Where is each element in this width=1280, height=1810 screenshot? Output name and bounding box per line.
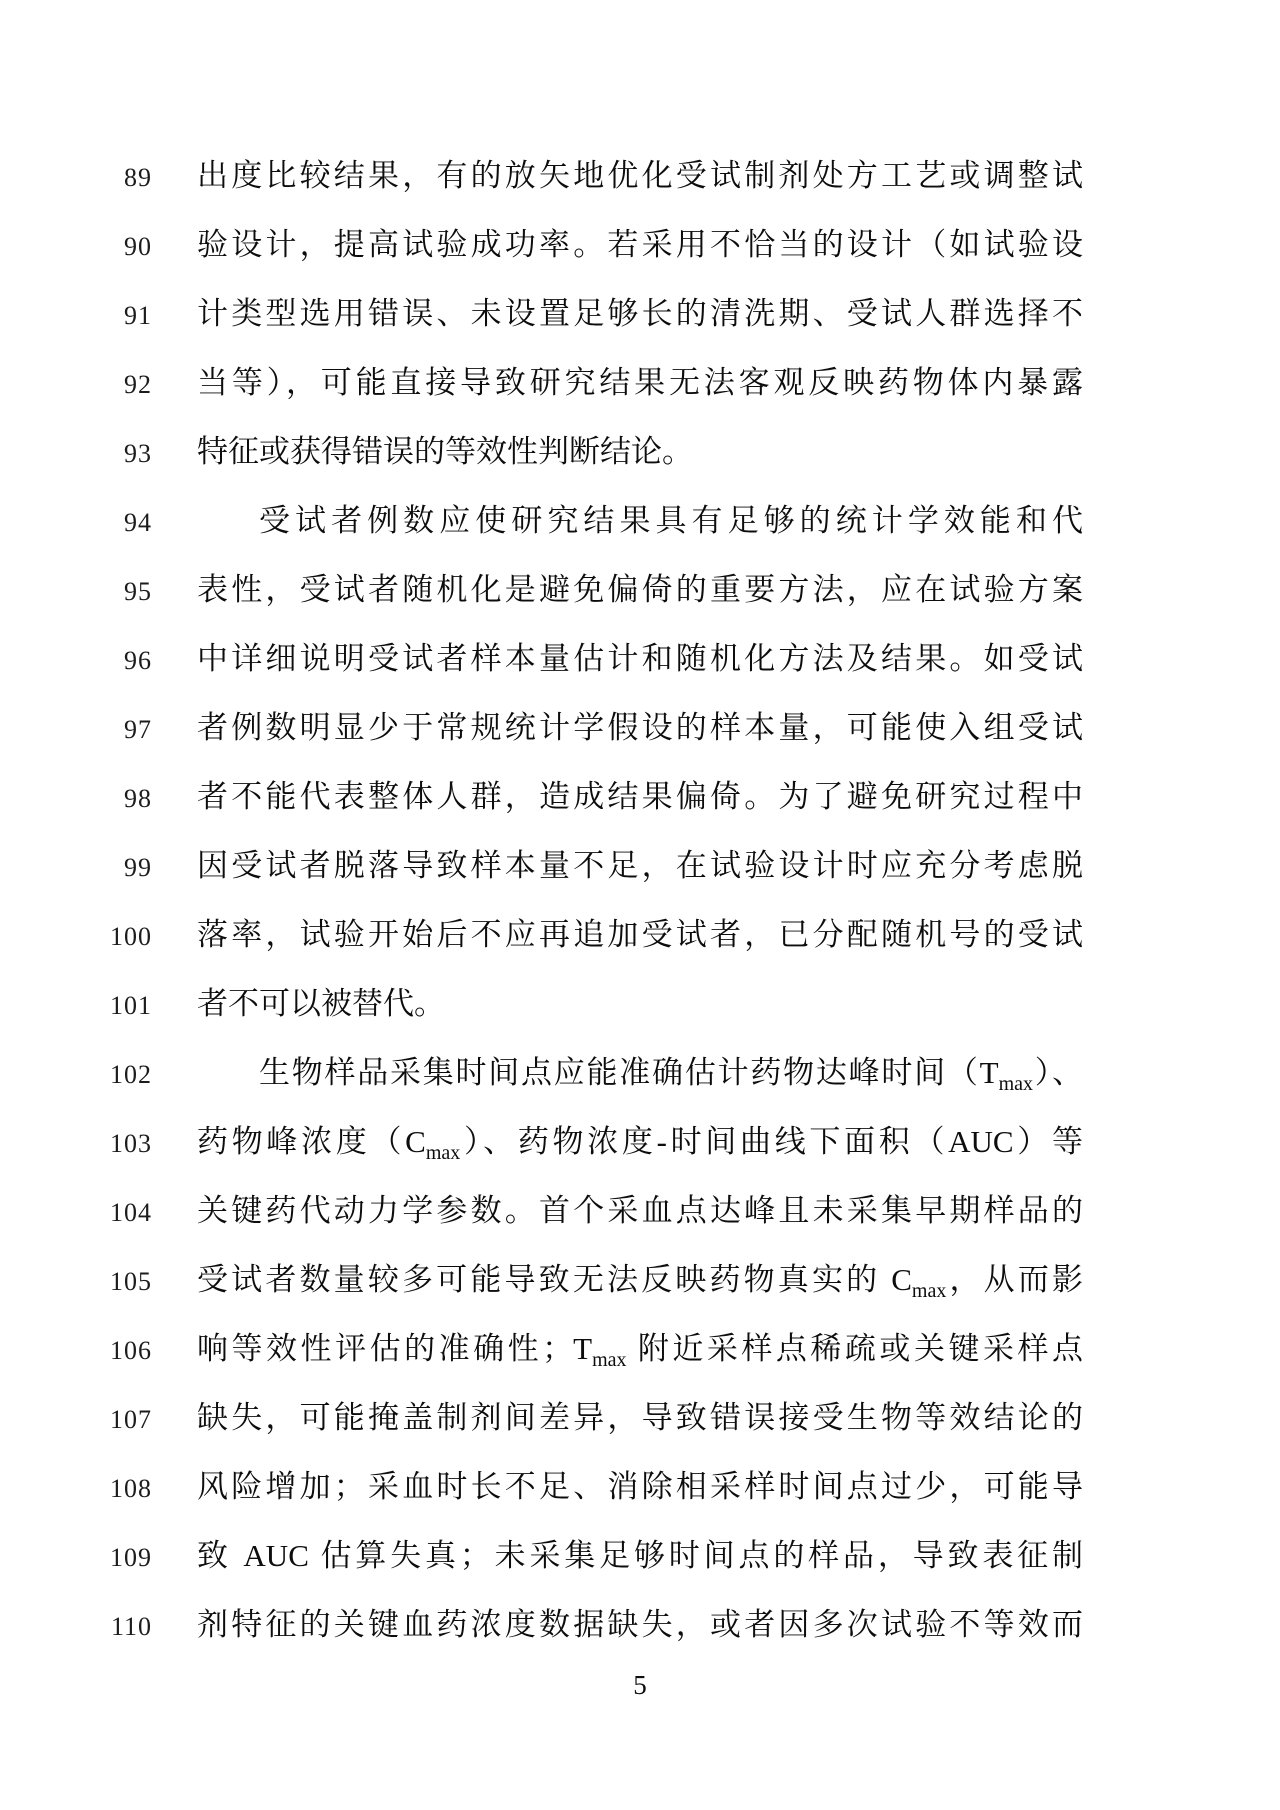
document-line: 99因受试者脱落导致样本量不足，在试验设计时应充分考虑脱 [0, 831, 1280, 900]
line-number: 110 [0, 1592, 152, 1661]
document-line: 98者不能代表整体人群，造成结果偏倚。为了避免研究过程中 [0, 762, 1280, 831]
run-text: 关键药代动力学参数。首个采血点达峰且未采集早期样品的 [197, 1193, 1083, 1228]
document-page: 89出度比较结果，有的放矢地优化受试制剂处方工艺或调整试90验设计，提高试验成功… [0, 0, 1280, 1810]
subscript-text: max [426, 1142, 460, 1164]
line-text: 剂特征的关键血药浓度数据缺失，或者因多次试验不等效而 [197, 1590, 1083, 1659]
run-text: 风险增加；采血时长不足、消除相采样时间点过少，可能导 [197, 1469, 1083, 1504]
line-number: 92 [0, 350, 152, 419]
subscript-text: max [999, 1073, 1033, 1095]
line-number: 94 [0, 488, 152, 557]
run-text: 表性，受试者随机化是避免偏倚的重要方法，应在试验方案 [197, 572, 1083, 607]
run-text: ，从而影 [946, 1262, 1083, 1297]
line-number: 89 [0, 143, 152, 212]
line-text: 表性，受试者随机化是避免偏倚的重要方法，应在试验方案 [197, 555, 1083, 624]
line-number: 108 [0, 1454, 152, 1523]
run-text: 缺失，可能掩盖制剂间差异，导致错误接受生物等效结论的 [197, 1400, 1083, 1435]
run-text: 受试者例数应使研究结果具有足够的统计学效能和代 [259, 503, 1083, 538]
line-number: 99 [0, 833, 152, 902]
line-number: 103 [0, 1109, 152, 1178]
line-number: 101 [0, 971, 152, 1040]
line-number: 90 [0, 212, 152, 281]
run-text: 者不可以被替代。 [197, 986, 445, 1021]
document-line: 108风险增加；采血时长不足、消除相采样时间点过少，可能导 [0, 1452, 1280, 1521]
run-text: 者不能代表整体人群，造成结果偏倚。为了避免研究过程中 [197, 779, 1083, 814]
run-text: 受试者数量较多可能导致无法反映药物真实的 C [197, 1262, 912, 1297]
subscript-text: max [912, 1280, 946, 1302]
run-text: ）、 [1033, 1055, 1083, 1090]
line-text: 当等），可能直接导致研究结果无法客观反映药物体内暴露 [197, 348, 1083, 417]
document-line: 105受试者数量较多可能导致无法反映药物真实的 Cmax，从而影 [0, 1245, 1280, 1314]
line-number: 97 [0, 695, 152, 764]
subscript-text: max [592, 1349, 626, 1371]
document-line: 92当等），可能直接导致研究结果无法客观反映药物体内暴露 [0, 348, 1280, 417]
line-text: 关键药代动力学参数。首个采血点达峰且未采集早期样品的 [197, 1176, 1083, 1245]
run-text: 者例数明显少于常规统计学假设的样本量，可能使入组受试 [197, 710, 1083, 745]
line-number: 104 [0, 1178, 152, 1247]
page-number: 5 [0, 1668, 1280, 1702]
run-text: 生物样品采集时间点应能准确估计药物达峰时间（T [259, 1055, 999, 1090]
document-line: 95表性，受试者随机化是避免偏倚的重要方法，应在试验方案 [0, 555, 1280, 624]
line-number: 100 [0, 902, 152, 971]
line-text: 者不可以被替代。 [197, 969, 1083, 1038]
document-line: 93特征或获得错误的等效性判断结论。 [0, 417, 1280, 486]
line-number: 105 [0, 1247, 152, 1316]
document-line: 103药物峰浓度（Cmax）、药物浓度-时间曲线下面积（AUC）等 [0, 1107, 1280, 1176]
document-line: 89出度比较结果，有的放矢地优化受试制剂处方工艺或调整试 [0, 141, 1280, 210]
run-text: 中详细说明受试者样本量估计和随机化方法及结果。如受试 [197, 641, 1083, 676]
line-text: 者例数明显少于常规统计学假设的样本量，可能使入组受试 [197, 693, 1083, 762]
run-text: 出度比较结果，有的放矢地优化受试制剂处方工艺或调整试 [197, 158, 1083, 193]
run-text: 附近采样点稀疏或关键采样点 [627, 1331, 1083, 1366]
run-text: 因受试者脱落导致样本量不足，在试验设计时应充分考虑脱 [197, 848, 1083, 883]
document-line: 104关键药代动力学参数。首个采血点达峰且未采集早期样品的 [0, 1176, 1280, 1245]
line-text: 因受试者脱落导致样本量不足，在试验设计时应充分考虑脱 [197, 831, 1083, 900]
document-line: 102生物样品采集时间点应能准确估计药物达峰时间（Tmax）、 [0, 1038, 1280, 1107]
run-text: 落率，试验开始后不应再追加受试者，已分配随机号的受试 [197, 917, 1083, 952]
document-line: 107缺失，可能掩盖制剂间差异，导致错误接受生物等效结论的 [0, 1383, 1280, 1452]
run-text: ）、药物浓度-时间曲线下面积（AUC）等 [460, 1124, 1083, 1159]
document-line: 110剂特征的关键血药浓度数据缺失，或者因多次试验不等效而 [0, 1590, 1280, 1659]
run-text: 计类型选用错误、未设置足够长的清洗期、受试人群选择不 [197, 296, 1083, 331]
run-text: 验设计，提高试验成功率。若采用不恰当的设计（如试验设 [197, 227, 1083, 262]
line-text: 出度比较结果，有的放矢地优化受试制剂处方工艺或调整试 [197, 141, 1083, 210]
line-text: 者不能代表整体人群，造成结果偏倚。为了避免研究过程中 [197, 762, 1083, 831]
line-number: 93 [0, 419, 152, 488]
line-number: 91 [0, 281, 152, 350]
run-text: 剂特征的关键血药浓度数据缺失，或者因多次试验不等效而 [197, 1607, 1083, 1642]
line-text: 致 AUC 估算失真；未采集足够时间点的样品，导致表征制 [197, 1521, 1083, 1590]
document-line: 106响等效性评估的准确性；Tmax 附近采样点稀疏或关键采样点 [0, 1314, 1280, 1383]
line-text: 验设计，提高试验成功率。若采用不恰当的设计（如试验设 [197, 210, 1083, 279]
line-number: 106 [0, 1316, 152, 1385]
line-text: 落率，试验开始后不应再追加受试者，已分配随机号的受试 [197, 900, 1083, 969]
run-text: 药物峰浓度（C [197, 1124, 426, 1159]
line-text: 受试者例数应使研究结果具有足够的统计学效能和代 [197, 486, 1083, 555]
document-line: 94受试者例数应使研究结果具有足够的统计学效能和代 [0, 486, 1280, 555]
line-text: 缺失，可能掩盖制剂间差异，导致错误接受生物等效结论的 [197, 1383, 1083, 1452]
line-text: 中详细说明受试者样本量估计和随机化方法及结果。如受试 [197, 624, 1083, 693]
document-line: 100落率，试验开始后不应再追加受试者，已分配随机号的受试 [0, 900, 1280, 969]
document-line: 101者不可以被替代。 [0, 969, 1280, 1038]
line-number: 96 [0, 626, 152, 695]
line-number: 102 [0, 1040, 152, 1109]
document-line: 91计类型选用错误、未设置足够长的清洗期、受试人群选择不 [0, 279, 1280, 348]
run-text: 当等），可能直接导致研究结果无法客观反映药物体内暴露 [197, 365, 1083, 400]
line-number: 109 [0, 1523, 152, 1592]
line-text: 风险增加；采血时长不足、消除相采样时间点过少，可能导 [197, 1452, 1083, 1521]
document-line: 109致 AUC 估算失真；未采集足够时间点的样品，导致表征制 [0, 1521, 1280, 1590]
run-text: 响等效性评估的准确性；T [197, 1331, 592, 1366]
line-number: 107 [0, 1385, 152, 1454]
line-number: 95 [0, 557, 152, 626]
document-line: 97者例数明显少于常规统计学假设的样本量，可能使入组受试 [0, 693, 1280, 762]
run-text: 致 AUC 估算失真；未采集足够时间点的样品，导致表征制 [197, 1538, 1083, 1573]
document-line: 90验设计，提高试验成功率。若采用不恰当的设计（如试验设 [0, 210, 1280, 279]
line-text: 特征或获得错误的等效性判断结论。 [197, 417, 1083, 486]
document-line: 96中详细说明受试者样本量估计和随机化方法及结果。如受试 [0, 624, 1280, 693]
line-text: 计类型选用错误、未设置足够长的清洗期、受试人群选择不 [197, 279, 1083, 348]
run-text: 特征或获得错误的等效性判断结论。 [197, 434, 693, 469]
line-number: 98 [0, 764, 152, 833]
line-container: 89出度比较结果，有的放矢地优化受试制剂处方工艺或调整试90验设计，提高试验成功… [0, 141, 1280, 1659]
